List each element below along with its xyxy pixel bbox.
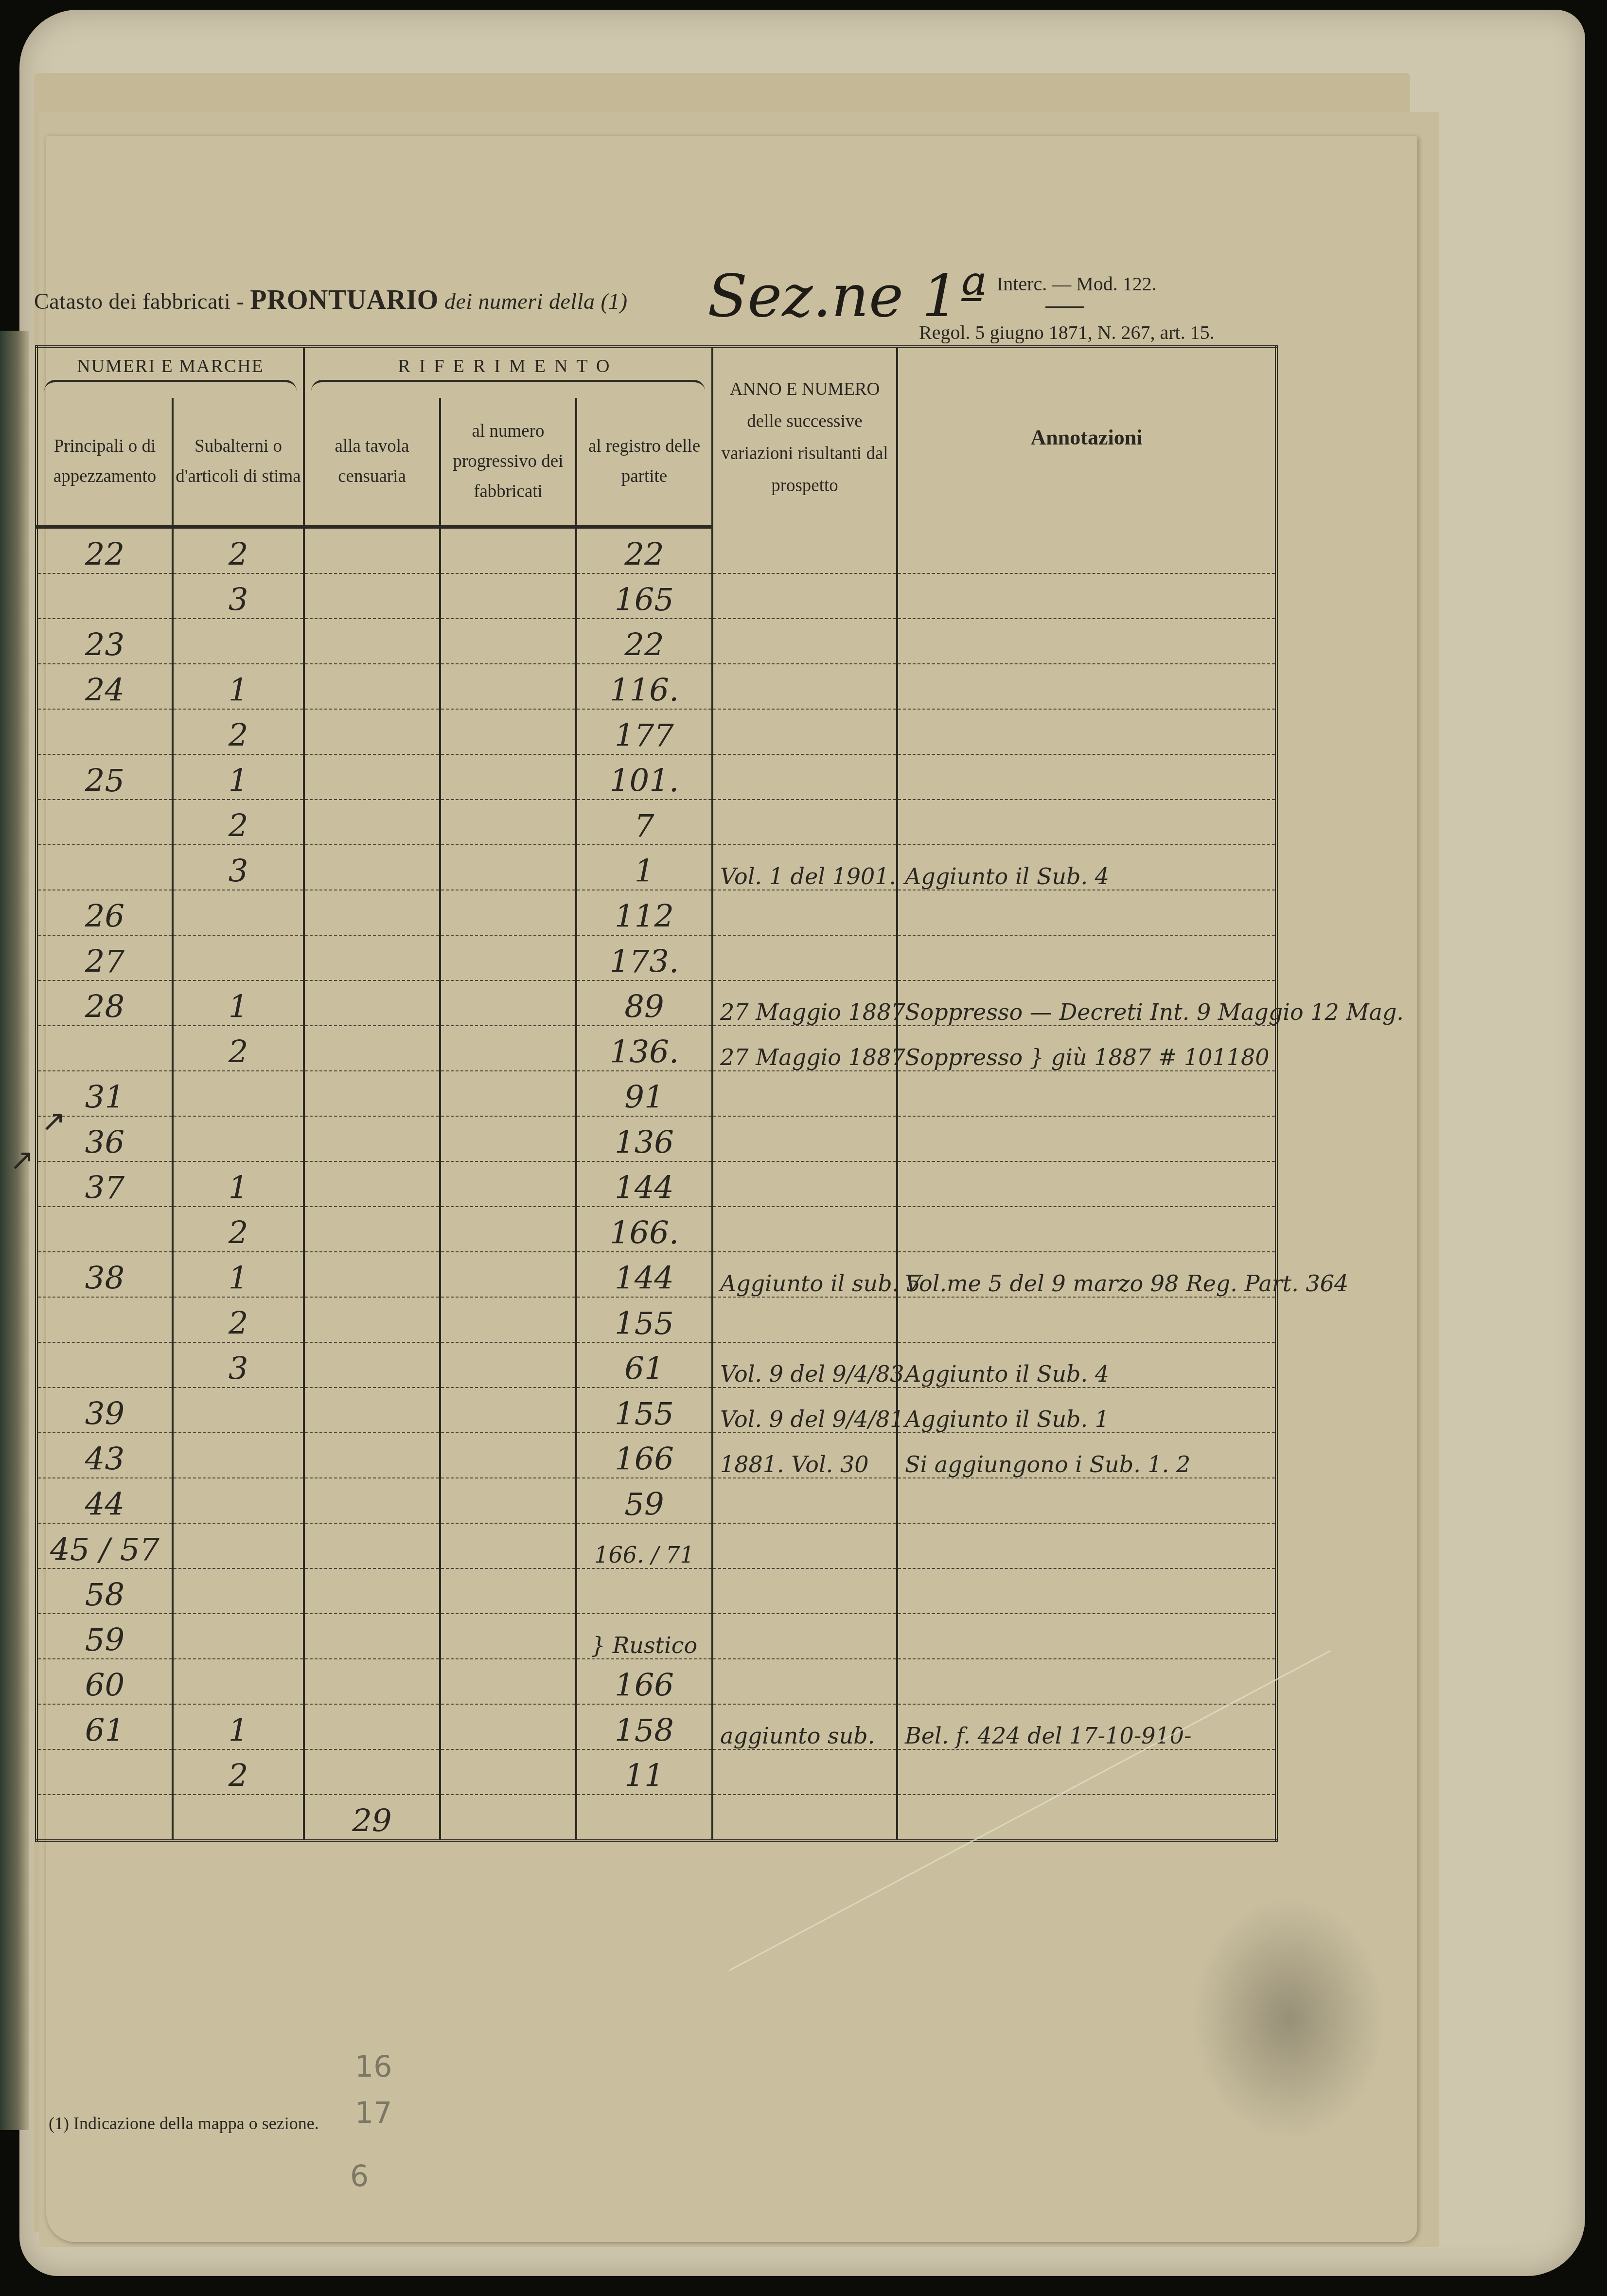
cell-annotazioni (897, 664, 1276, 709)
cell-annotazioni: Soppresso — Decreti Int. 9 Maggio 12 Mag… (897, 980, 1276, 1026)
table-row: 2322 (36, 619, 1276, 664)
cell-registro: 166 (576, 1433, 712, 1478)
cell-registro: 166. / 71 (576, 1523, 712, 1568)
table-row: 251101. (36, 754, 1276, 800)
cell-subalterno (173, 890, 304, 935)
cell-annotazioni (897, 527, 1276, 574)
cell-subalterno: 3 (173, 573, 304, 619)
cell-tavola (304, 527, 440, 574)
cell-registro: 173. (576, 935, 712, 980)
cell-variazioni (712, 1161, 897, 1207)
table-row: 211 (36, 1749, 1276, 1795)
cell-subalterno (173, 619, 304, 664)
cell-tavola (304, 1614, 440, 1659)
cell-subalterno: 2 (173, 800, 304, 845)
cell-principale (36, 573, 173, 619)
cell-principale (36, 709, 173, 754)
cell-progressivo (440, 1071, 576, 1116)
cell-subalterno: 3 (173, 1342, 304, 1388)
cell-annotazioni (897, 1207, 1276, 1252)
cell-annotazioni (897, 754, 1276, 800)
cell-progressivo (440, 1749, 576, 1795)
cell-tavola (304, 1749, 440, 1795)
cell-principale: 24 (36, 664, 173, 709)
cell-variazioni: Vol. 1 del 1901. (712, 845, 897, 890)
paper-stain (1191, 1897, 1386, 2140)
title-suffix: dei numeri della (1) (444, 289, 628, 314)
cell-variazioni (712, 935, 897, 980)
table-row: 45 / 57166. / 71 (36, 1523, 1276, 1568)
cell-registro: 136. (576, 1026, 712, 1071)
table-row: 31Vol. 1 del 1901.Aggiunto il Sub. 4 (36, 845, 1276, 890)
cell-variazioni: 27 Maggio 1887 (712, 980, 897, 1026)
table-row: 27 (36, 800, 1276, 845)
cell-principale: 25 (36, 754, 173, 800)
cell-annotazioni: Vol.me 5 del 9 marzo 98 Reg. Part. 364 (897, 1252, 1276, 1297)
cell-progressivo (440, 1568, 576, 1614)
table-row: 2136.27 Maggio 1887Soppresso } giù 1887 … (36, 1026, 1276, 1071)
cell-progressivo (440, 1659, 576, 1704)
pencil-note: 16 (355, 2050, 392, 2084)
cell-subalterno: 1 (173, 664, 304, 709)
cell-annotazioni: Soppresso } giù 1887 # 101180 (897, 1026, 1276, 1071)
cell-tavola (304, 573, 440, 619)
cell-progressivo (440, 1207, 576, 1252)
cell-registro: 89 (576, 980, 712, 1026)
cell-principale: 45 / 57 (36, 1523, 173, 1568)
cell-variazioni (712, 1071, 897, 1116)
header-subalterni: Subalterni o d'articoli di stima (173, 398, 304, 527)
cell-annotazioni (897, 1795, 1276, 1841)
cell-subalterno (173, 1568, 304, 1614)
cell-principale (36, 1297, 173, 1342)
table-row: 371144 (36, 1161, 1276, 1207)
brace-icon (44, 380, 297, 391)
table-row: 39155Vol. 9 del 9/4/81Aggiunto il Sub. 1 (36, 1388, 1276, 1433)
cell-registro: 22 (576, 527, 712, 574)
cell-tavola (304, 1161, 440, 1207)
cell-annotazioni (897, 1749, 1276, 1795)
cell-annotazioni (897, 935, 1276, 980)
cell-registro: 165 (576, 573, 712, 619)
cell-principale (36, 800, 173, 845)
cell-tavola (304, 754, 440, 800)
divider (1045, 306, 1084, 308)
cell-progressivo (440, 527, 576, 574)
cell-progressivo (440, 1116, 576, 1161)
cell-registro: 112 (576, 890, 712, 935)
cell-registro: 136 (576, 1116, 712, 1161)
cell-principale: 22 (36, 527, 173, 574)
cell-variazioni (712, 1116, 897, 1161)
table-row: 241116. (36, 664, 1276, 709)
footnote: (1) Indicazione della mappa o sezione. (49, 2113, 319, 2134)
cell-registro: 1 (576, 845, 712, 890)
cell-progressivo (440, 1795, 576, 1841)
cell-tavola (304, 980, 440, 1026)
cell-variazioni (712, 890, 897, 935)
cell-tavola (304, 1478, 440, 1523)
cell-progressivo (440, 1252, 576, 1297)
cell-subalterno (173, 1614, 304, 1659)
cell-tavola (304, 1433, 440, 1478)
cell-tavola: 29 (304, 1795, 440, 1841)
pencil-note: 17 (355, 2096, 392, 2130)
pencil-note: 6 (350, 2159, 369, 2193)
table-row: 361Vol. 9 del 9/4/83Aggiunto il Sub. 4 (36, 1342, 1276, 1388)
table-row: 58 (36, 1568, 1276, 1614)
cell-registro: 144 (576, 1252, 712, 1297)
table-row: 2818927 Maggio 1887Soppresso — Decreti I… (36, 980, 1276, 1026)
form-code: Interc. — Mod. 122. (997, 272, 1157, 295)
cell-tavola (304, 1207, 440, 1252)
cell-progressivo (440, 1704, 576, 1749)
cell-tavola (304, 890, 440, 935)
cell-subalterno: 1 (173, 980, 304, 1026)
cell-registro: 155 (576, 1388, 712, 1433)
cell-annotazioni (897, 1614, 1276, 1659)
cell-tavola (304, 1297, 440, 1342)
cell-annotazioni (897, 1478, 1276, 1523)
cell-subalterno: 3 (173, 845, 304, 890)
cell-annotazioni (897, 800, 1276, 845)
cell-annotazioni (897, 709, 1276, 754)
cell-tavola (304, 1523, 440, 1568)
cell-variazioni (712, 573, 897, 619)
cell-principale: 61 (36, 1704, 173, 1749)
cell-variazioni: 1881. Vol. 30 (712, 1433, 897, 1478)
cell-annotazioni: Aggiunto il Sub. 1 (897, 1388, 1276, 1433)
cell-annotazioni (897, 1523, 1276, 1568)
cell-registro: } Rustico (576, 1614, 712, 1659)
group-numeri-e-marche: NUMERI E MARCHE (36, 347, 304, 398)
header-principali: Principali o di appezzamento (36, 398, 173, 527)
cell-variazioni: 27 Maggio 1887 (712, 1026, 897, 1071)
cell-registro (576, 1568, 712, 1614)
table-row: 2177 (36, 709, 1276, 754)
cell-variazioni (712, 619, 897, 664)
cell-annotazioni (897, 573, 1276, 619)
cell-tavola (304, 1026, 440, 1071)
cell-subalterno (173, 1116, 304, 1161)
cell-progressivo (440, 935, 576, 980)
cell-annotazioni (897, 1297, 1276, 1342)
cell-principale: 38 (36, 1252, 173, 1297)
cell-progressivo (440, 1388, 576, 1433)
cell-subalterno: 1 (173, 1161, 304, 1207)
cell-registro: 59 (576, 1478, 712, 1523)
cell-variazioni (712, 1297, 897, 1342)
cell-annotazioni (897, 1568, 1276, 1614)
table-row: 26112 (36, 890, 1276, 935)
cell-registro: 144 (576, 1161, 712, 1207)
cell-tavola (304, 1116, 440, 1161)
table-row: 36136 (36, 1116, 1276, 1161)
cell-progressivo (440, 1478, 576, 1523)
cell-annotazioni (897, 619, 1276, 664)
cell-registro: 158 (576, 1704, 712, 1749)
register-table: NUMERI E MARCHE RIFERIMENTO ANNO E NUMER… (35, 345, 1278, 1842)
cell-variazioni (712, 1749, 897, 1795)
cell-subalterno: 2 (173, 1207, 304, 1252)
table-row: 381144Aggiunto il sub. 5Vol.me 5 del 9 m… (36, 1252, 1276, 1297)
cell-principale: 28 (36, 980, 173, 1026)
cell-principale: 23 (36, 619, 173, 664)
cell-principale: 26 (36, 890, 173, 935)
cell-subalterno (173, 1795, 304, 1841)
cell-tavola (304, 619, 440, 664)
cell-registro: 91 (576, 1071, 712, 1116)
cell-tavola (304, 1659, 440, 1704)
cell-principale: 37 (36, 1161, 173, 1207)
title-prefix: Catasto dei fabbricati - (34, 289, 244, 314)
cell-subalterno (173, 1071, 304, 1116)
cell-progressivo (440, 890, 576, 935)
table-row: 60166 (36, 1659, 1276, 1704)
table-row: 3191 (36, 1071, 1276, 1116)
brace-icon (311, 380, 705, 391)
cell-subalterno (173, 1433, 304, 1478)
cell-variazioni (712, 800, 897, 845)
cell-annotazioni (897, 1161, 1276, 1207)
cell-progressivo (440, 754, 576, 800)
table-row: 2155 (36, 1297, 1276, 1342)
cell-variazioni (712, 664, 897, 709)
cell-tavola (304, 800, 440, 845)
cell-registro: 155 (576, 1297, 712, 1342)
cell-variazioni (712, 709, 897, 754)
page-title: Catasto dei fabbricati - PRONTUARIO dei … (34, 285, 628, 316)
cell-registro: 177 (576, 709, 712, 754)
header-anno-e-numero: ANNO E NUMERO delle successive variazion… (712, 347, 897, 527)
arrow-icon: ↗ (41, 1104, 66, 1138)
title-main: PRONTUARIO (250, 285, 439, 315)
cell-annotazioni: Bel. f. 424 del 17-10-910- (897, 1704, 1276, 1749)
cell-variazioni (712, 754, 897, 800)
binding-edge (0, 331, 29, 2130)
cell-principale: 58 (36, 1568, 173, 1614)
cell-principale (36, 1795, 173, 1841)
cell-subalterno: 1 (173, 1252, 304, 1297)
cell-annotazioni: Aggiunto il Sub. 4 (897, 1342, 1276, 1388)
cell-annotazioni (897, 1071, 1276, 1116)
cell-annotazioni (897, 1659, 1276, 1704)
cell-registro: 7 (576, 800, 712, 845)
cell-progressivo (440, 1523, 576, 1568)
table-row: 611158aggiunto sub.Bel. f. 424 del 17-10… (36, 1704, 1276, 1749)
cell-variazioni: Vol. 9 del 9/4/81 (712, 1388, 897, 1433)
cell-progressivo (440, 1614, 576, 1659)
cell-principale: 43 (36, 1433, 173, 1478)
cell-progressivo (440, 1026, 576, 1071)
cell-variazioni: Vol. 9 del 9/4/83 (712, 1342, 897, 1388)
cell-progressivo (440, 1161, 576, 1207)
cell-progressivo (440, 1342, 576, 1388)
cell-tavola (304, 1704, 440, 1749)
cell-variazioni (712, 1523, 897, 1568)
cell-subalterno: 1 (173, 754, 304, 800)
cell-variazioni (712, 1659, 897, 1704)
cell-tavola (304, 845, 440, 890)
section-handwritten: Sez.ne 1ª (707, 263, 987, 330)
cell-registro: 101. (576, 754, 712, 800)
cell-subalterno: 2 (173, 709, 304, 754)
cell-tavola (304, 1252, 440, 1297)
table-row: 2166. (36, 1207, 1276, 1252)
cell-principale (36, 1026, 173, 1071)
table-row: 22222 (36, 527, 1276, 574)
table-row: 431661881. Vol. 30Si aggiungono i Sub. 1… (36, 1433, 1276, 1478)
header-tavola: alla tavola censuaria (304, 398, 440, 527)
table-row: 27173. (36, 935, 1276, 980)
cell-principale: 59 (36, 1614, 173, 1659)
cell-tavola (304, 1388, 440, 1433)
cell-subalterno: 2 (173, 527, 304, 574)
cell-progressivo (440, 980, 576, 1026)
cell-principale: 60 (36, 1659, 173, 1704)
cell-variazioni (712, 1207, 897, 1252)
regulation-ref: Regol. 5 giugno 1871, N. 267, art. 15. (919, 321, 1215, 344)
cell-subalterno (173, 1388, 304, 1433)
cell-progressivo (440, 1297, 576, 1342)
cell-annotazioni (897, 890, 1276, 935)
header-registro: al registro delle partite (576, 398, 712, 527)
cell-registro: 11 (576, 1749, 712, 1795)
cell-variazioni (712, 1478, 897, 1523)
cell-tavola (304, 935, 440, 980)
table-row: 3165 (36, 573, 1276, 619)
cell-principale (36, 1342, 173, 1388)
cell-subalterno: 2 (173, 1297, 304, 1342)
cell-annotazioni: Aggiunto il Sub. 4 (897, 845, 1276, 890)
cell-variazioni (712, 1568, 897, 1614)
cell-progressivo (440, 664, 576, 709)
cell-variazioni: Aggiunto il sub. 5 (712, 1252, 897, 1297)
cell-variazioni (712, 1795, 897, 1841)
header-progressivo: al numero progressivo dei fabbricati (440, 398, 576, 527)
group-riferimento: RIFERIMENTO (304, 347, 712, 398)
cell-tavola (304, 664, 440, 709)
cell-progressivo (440, 709, 576, 754)
cell-progressivo (440, 573, 576, 619)
cell-subalterno (173, 1478, 304, 1523)
cell-subalterno (173, 935, 304, 980)
cell-subalterno: 2 (173, 1749, 304, 1795)
cell-tavola (304, 709, 440, 754)
cell-progressivo (440, 1433, 576, 1478)
cell-progressivo (440, 800, 576, 845)
table-row: 29 (36, 1795, 1276, 1841)
table-row: 59} Rustico (36, 1614, 1276, 1659)
cell-principale: 44 (36, 1478, 173, 1523)
cell-annotazioni: Si aggiungono i Sub. 1. 2 (897, 1433, 1276, 1478)
cell-registro (576, 1795, 712, 1841)
cell-subalterno (173, 1523, 304, 1568)
cell-variazioni (712, 1614, 897, 1659)
cell-principale: 39 (36, 1388, 173, 1433)
cell-variazioni: aggiunto sub. (712, 1704, 897, 1749)
cell-variazioni (712, 527, 897, 574)
cell-registro: 166 (576, 1659, 712, 1704)
cell-registro: 61 (576, 1342, 712, 1388)
cell-tavola (304, 1071, 440, 1116)
cell-principale (36, 1749, 173, 1795)
cell-tavola (304, 1568, 440, 1614)
cell-registro: 22 (576, 619, 712, 664)
cell-subalterno (173, 1659, 304, 1704)
cell-principale: 27 (36, 935, 173, 980)
cell-progressivo (440, 619, 576, 664)
cell-registro: 166. (576, 1207, 712, 1252)
cell-subalterno: 2 (173, 1026, 304, 1071)
cell-subalterno: 1 (173, 1704, 304, 1749)
header-annotazioni: Annotazioni (897, 347, 1276, 527)
cell-annotazioni (897, 1116, 1276, 1161)
cell-tavola (304, 1342, 440, 1388)
arrow-icon: ↗ (10, 1143, 34, 1177)
cell-progressivo (440, 845, 576, 890)
table-row: 4459 (36, 1478, 1276, 1523)
cell-principale (36, 1207, 173, 1252)
cell-registro: 116. (576, 664, 712, 709)
cell-principale (36, 845, 173, 890)
